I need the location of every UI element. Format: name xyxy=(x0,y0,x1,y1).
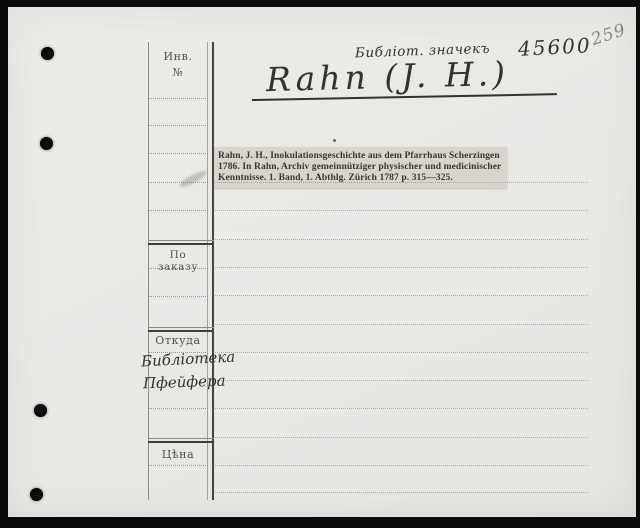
punch-hole xyxy=(30,488,43,501)
ruled-line xyxy=(215,380,588,381)
column-dotted-line xyxy=(149,296,206,297)
slip-text-line: 1786. In Rahn, Archiv gemeinnütziger phy… xyxy=(218,162,501,173)
ruled-line xyxy=(215,352,588,353)
section-divider xyxy=(148,243,214,245)
field-label-origin: Откуда xyxy=(148,334,208,347)
section-divider xyxy=(148,441,214,443)
ruled-line xyxy=(215,437,588,438)
column-outer-line xyxy=(212,42,214,500)
column-dotted-line xyxy=(149,465,206,466)
ruled-line xyxy=(215,492,588,493)
card-paper: 259 Библіот. значекъ 45600 Rahn (J. H.) … xyxy=(8,7,636,517)
folio-number: 259 xyxy=(589,20,629,50)
ruled-line xyxy=(215,267,588,268)
ruled-line xyxy=(215,239,588,240)
section-divider xyxy=(148,327,214,328)
field-label-inventory: Инв. xyxy=(148,50,208,63)
ruled-line xyxy=(215,408,588,409)
punch-hole xyxy=(41,47,54,60)
library-mark-number: 45600 xyxy=(517,33,592,61)
field-label-price: Цѣна xyxy=(148,448,208,461)
section-divider xyxy=(148,438,214,439)
scanned-catalog-card: 259 Библіот. значекъ 45600 Rahn (J. H.) … xyxy=(0,0,640,528)
column-dotted-line xyxy=(149,153,206,154)
column-dotted-line xyxy=(149,125,206,126)
section-divider xyxy=(148,330,214,332)
ink-smudge xyxy=(178,168,208,189)
ruled-line xyxy=(215,182,588,183)
section-divider xyxy=(148,240,214,241)
column-dotted-line xyxy=(149,98,206,99)
paper-speck xyxy=(333,139,336,142)
ruled-line xyxy=(215,465,588,466)
ruled-line xyxy=(215,210,588,211)
slip-text-line: Rahn, J. H., Inokulationsgeschichte aus … xyxy=(218,151,501,162)
punch-hole xyxy=(40,137,53,150)
punch-hole xyxy=(34,404,47,417)
field-label-inventory-no: № xyxy=(148,66,208,79)
ruled-line xyxy=(215,324,588,325)
column-dotted-line xyxy=(149,408,206,409)
origin-handwriting: Пфейфера xyxy=(143,372,226,393)
author-heading: Rahn (J. H.) xyxy=(266,54,510,99)
ruled-line xyxy=(215,295,588,296)
origin-handwriting: Библіотека xyxy=(141,348,236,371)
column-dotted-line xyxy=(149,210,206,211)
field-label-order: По заказу xyxy=(148,249,208,273)
column-dotted-line xyxy=(149,182,206,183)
